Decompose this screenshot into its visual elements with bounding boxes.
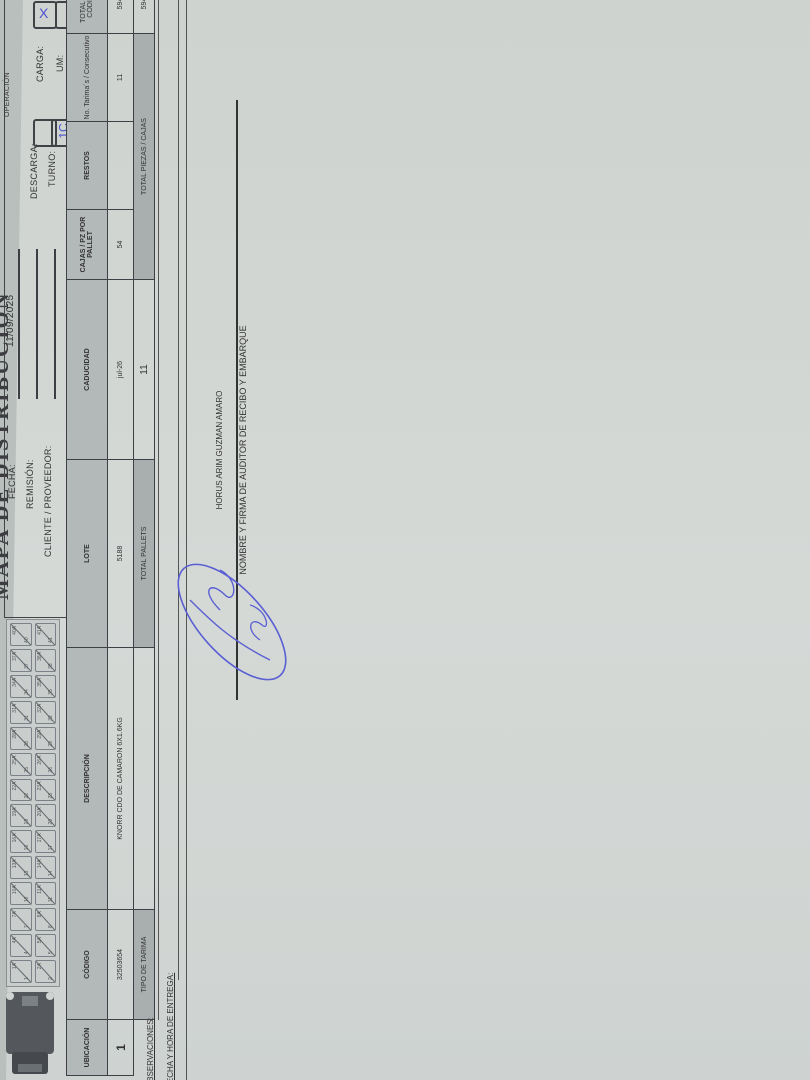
slot-number: 5 [48,951,54,954]
slot-sub-number: 13A [12,859,18,868]
slot-cell[interactable]: 88A [35,908,57,931]
total-piezas-label: TOTAL PIEZAS / CAJAS [134,34,155,280]
slot-cell[interactable]: 2828A [10,727,32,750]
slot-sub-number: 4A [12,937,18,943]
slot-number: 40 [24,637,30,643]
slot-cell[interactable]: 2323A [35,779,57,802]
slot-number: 13 [24,871,30,877]
slot-sub-number: 26A [37,756,43,765]
fecha-label: FECHA: [7,464,17,499]
slot-number: 26 [48,767,54,773]
slot-sub-number: 10A [12,885,18,894]
cell-total: 594 [108,0,134,34]
slot-cell[interactable]: 3434A [10,675,32,698]
slot-cell[interactable]: 3232A [35,701,57,724]
um-label: UM: [55,55,65,72]
col-ubicacion: UBICACIÓN [67,1020,108,1076]
slot-sub-number: 40A [12,626,18,635]
distribution-map-form: MAPA DE DISTRIBUCIÓN 11A44A77A1010A1313A… [0,0,810,1080]
slot-sub-number: 23A [37,782,43,791]
slot-sub-number: 19A [12,808,18,817]
slot-number: 14 [48,871,54,877]
slot-grid: 11A44A77A1010A1313A1616A1919A2222A2525A2… [6,619,60,987]
slot-sub-number: 14A [37,859,43,868]
col-cajas-pz: CAJAS / PZ POR PALLET [67,210,108,280]
total-pallets-value: 11 [134,280,155,460]
slot-sub-number: 31A [12,704,18,713]
distribution-table: UBICACIÓN CÓDIGO DESCRIPCIÓN LOTE CADUCI… [66,0,155,1076]
slot-cell[interactable]: 3838A [35,649,57,672]
remision-label: REMISIÓN: [25,459,35,509]
slot-number: 22 [24,793,30,799]
slot-cell[interactable]: 22A [35,960,57,983]
slot-cell[interactable]: 3535A [35,675,57,698]
col-lote: LOTE [67,460,108,648]
cliente-label: CLIENTE / PROVEEDOR: [43,445,53,557]
slot-cell[interactable]: 2020A [35,805,57,828]
entrega-field[interactable] [178,0,179,980]
observaciones-field[interactable] [158,0,159,1020]
slot-sub-number: 32A [37,704,43,713]
slot-number: 20 [48,819,54,825]
cell-codigo: 32503654 [108,910,134,1020]
carga-label: CARGA: [35,46,45,82]
slot-sub-number: 29A [37,730,43,739]
cell-lote: 5188 [108,460,134,648]
slot-sub-number: 17A [37,833,43,842]
slot-cell[interactable]: 1414A [35,856,57,879]
col-caducidad: CADUCIDAD [67,280,108,460]
slot-cell[interactable]: 2929A [35,727,57,750]
slot-number: 10 [24,897,30,903]
slot-number: 31 [24,715,30,721]
descarga-label: DESCARGA: [29,143,39,199]
slot-number: 38 [48,663,54,669]
col-total-codigo: TOTAL POR CÓDIGO [67,0,108,34]
slot-cell[interactable]: 1919A [10,805,32,828]
slot-sub-number: 28A [12,730,18,739]
slot-number: 32 [48,715,54,721]
slot-number: 23 [48,793,54,799]
slot-cell[interactable]: 55A [35,934,57,957]
slot-sub-number: 34A [12,678,18,687]
slot-cell[interactable]: 11A [10,960,32,983]
slot-sub-number: 25A [12,756,18,765]
cell-ubicacion: 1 [108,1020,134,1076]
slot-sub-number: 37A [12,652,18,661]
table-row: 1 32503654 KNORR CDO DE CAMARON 6X1.6KG … [108,0,134,1076]
entrega-label: FECHA Y HORA DE ENTREGA: [166,973,175,1080]
slot-number: 1 [24,977,30,980]
remision-field[interactable] [36,249,38,399]
header-fields: FECHA: REMISIÓN: CLIENTE / PROVEEDOR: 11… [4,0,67,618]
col-descripcion: DESCRIPCIÓN [67,648,108,910]
slot-cell[interactable]: 77A [10,908,32,931]
observaciones-label: OBSERVACIONES: [146,1017,155,1080]
operacion-label: OPERACIÓN [4,72,11,117]
carga-box[interactable]: X [33,1,57,29]
slot-number: 8 [48,925,54,928]
fecha-value[interactable]: 11/09/2025 [5,295,16,347]
total-piezas-value: 594 [134,0,155,34]
slot-sub-number: 41A [37,626,43,635]
slot-sub-number: 11A [37,885,43,894]
truck-icon [2,988,58,1076]
col-codigo: CÓDIGO [67,910,108,1020]
col-tarimas: No. Tarima´s / Consecutivo [67,34,108,122]
slot-cell[interactable]: 3737A [10,649,32,672]
slot-sub-number: 20A [37,808,43,817]
slot-number: 34 [24,689,30,695]
carga-value: X [39,5,48,21]
slot-number: 17 [48,845,54,851]
slot-cell[interactable]: 1717A [35,830,57,853]
slot-number: 41 [48,637,54,643]
slot-sub-number: 16A [12,833,18,842]
cell-cajas-pz: 54 [108,210,134,280]
slot-number: 2 [48,977,54,980]
cell-caducidad: jul-26 [108,280,134,460]
slot-number: 29 [48,741,54,747]
cell-tarimas: 11 [108,34,134,122]
slot-cell[interactable]: 44A [10,934,32,957]
slot-number: 7 [24,925,30,928]
slot-number: 35 [48,689,54,695]
slot-sub-number: 7A [12,911,18,917]
slot-sub-number: 1A [12,963,18,969]
slot-sub-number: 35A [37,678,43,687]
slot-sub-number: 2A [37,963,43,969]
slot-cell[interactable]: 1111A [35,882,57,905]
slot-sub-number: 5A [37,937,43,943]
slot-number: 28 [24,741,30,747]
slot-cell[interactable]: 1313A [10,856,32,879]
slot-cell[interactable]: 3131A [10,701,32,724]
slot-cell[interactable]: 2222A [10,779,32,802]
slot-cell[interactable]: 1010A [10,882,32,905]
turno-label: TURNO: [47,151,57,187]
slot-sub-number: 8A [37,911,43,917]
slot-number: 25 [24,767,30,773]
cell-restos [108,122,134,210]
cliente-field[interactable] [54,249,56,399]
col-restos: RESTOS [67,122,108,210]
slot-cell[interactable]: 2626A [35,753,57,776]
tipo-tarima-label: TIPO DE TARIMA [134,910,155,1020]
slot-sub-number: 38A [37,652,43,661]
slot-cell[interactable]: 4141A [35,623,57,646]
slot-number: 19 [24,819,30,825]
slot-number: 37 [24,663,30,669]
signature-scribble-icon [150,530,310,700]
slot-number: 16 [24,845,30,851]
slot-number: 4 [24,951,30,954]
fecha-line [18,249,20,399]
slot-number: 11 [48,897,54,902]
slot-cell[interactable]: 1616A [10,830,32,853]
slot-cell[interactable]: 4040A [10,623,32,646]
slot-sub-number: 22A [12,782,18,791]
slot-cell[interactable]: 2525A [10,753,32,776]
cell-descripcion: KNORR CDO DE CAMARON 6X1.6KG [108,648,134,910]
